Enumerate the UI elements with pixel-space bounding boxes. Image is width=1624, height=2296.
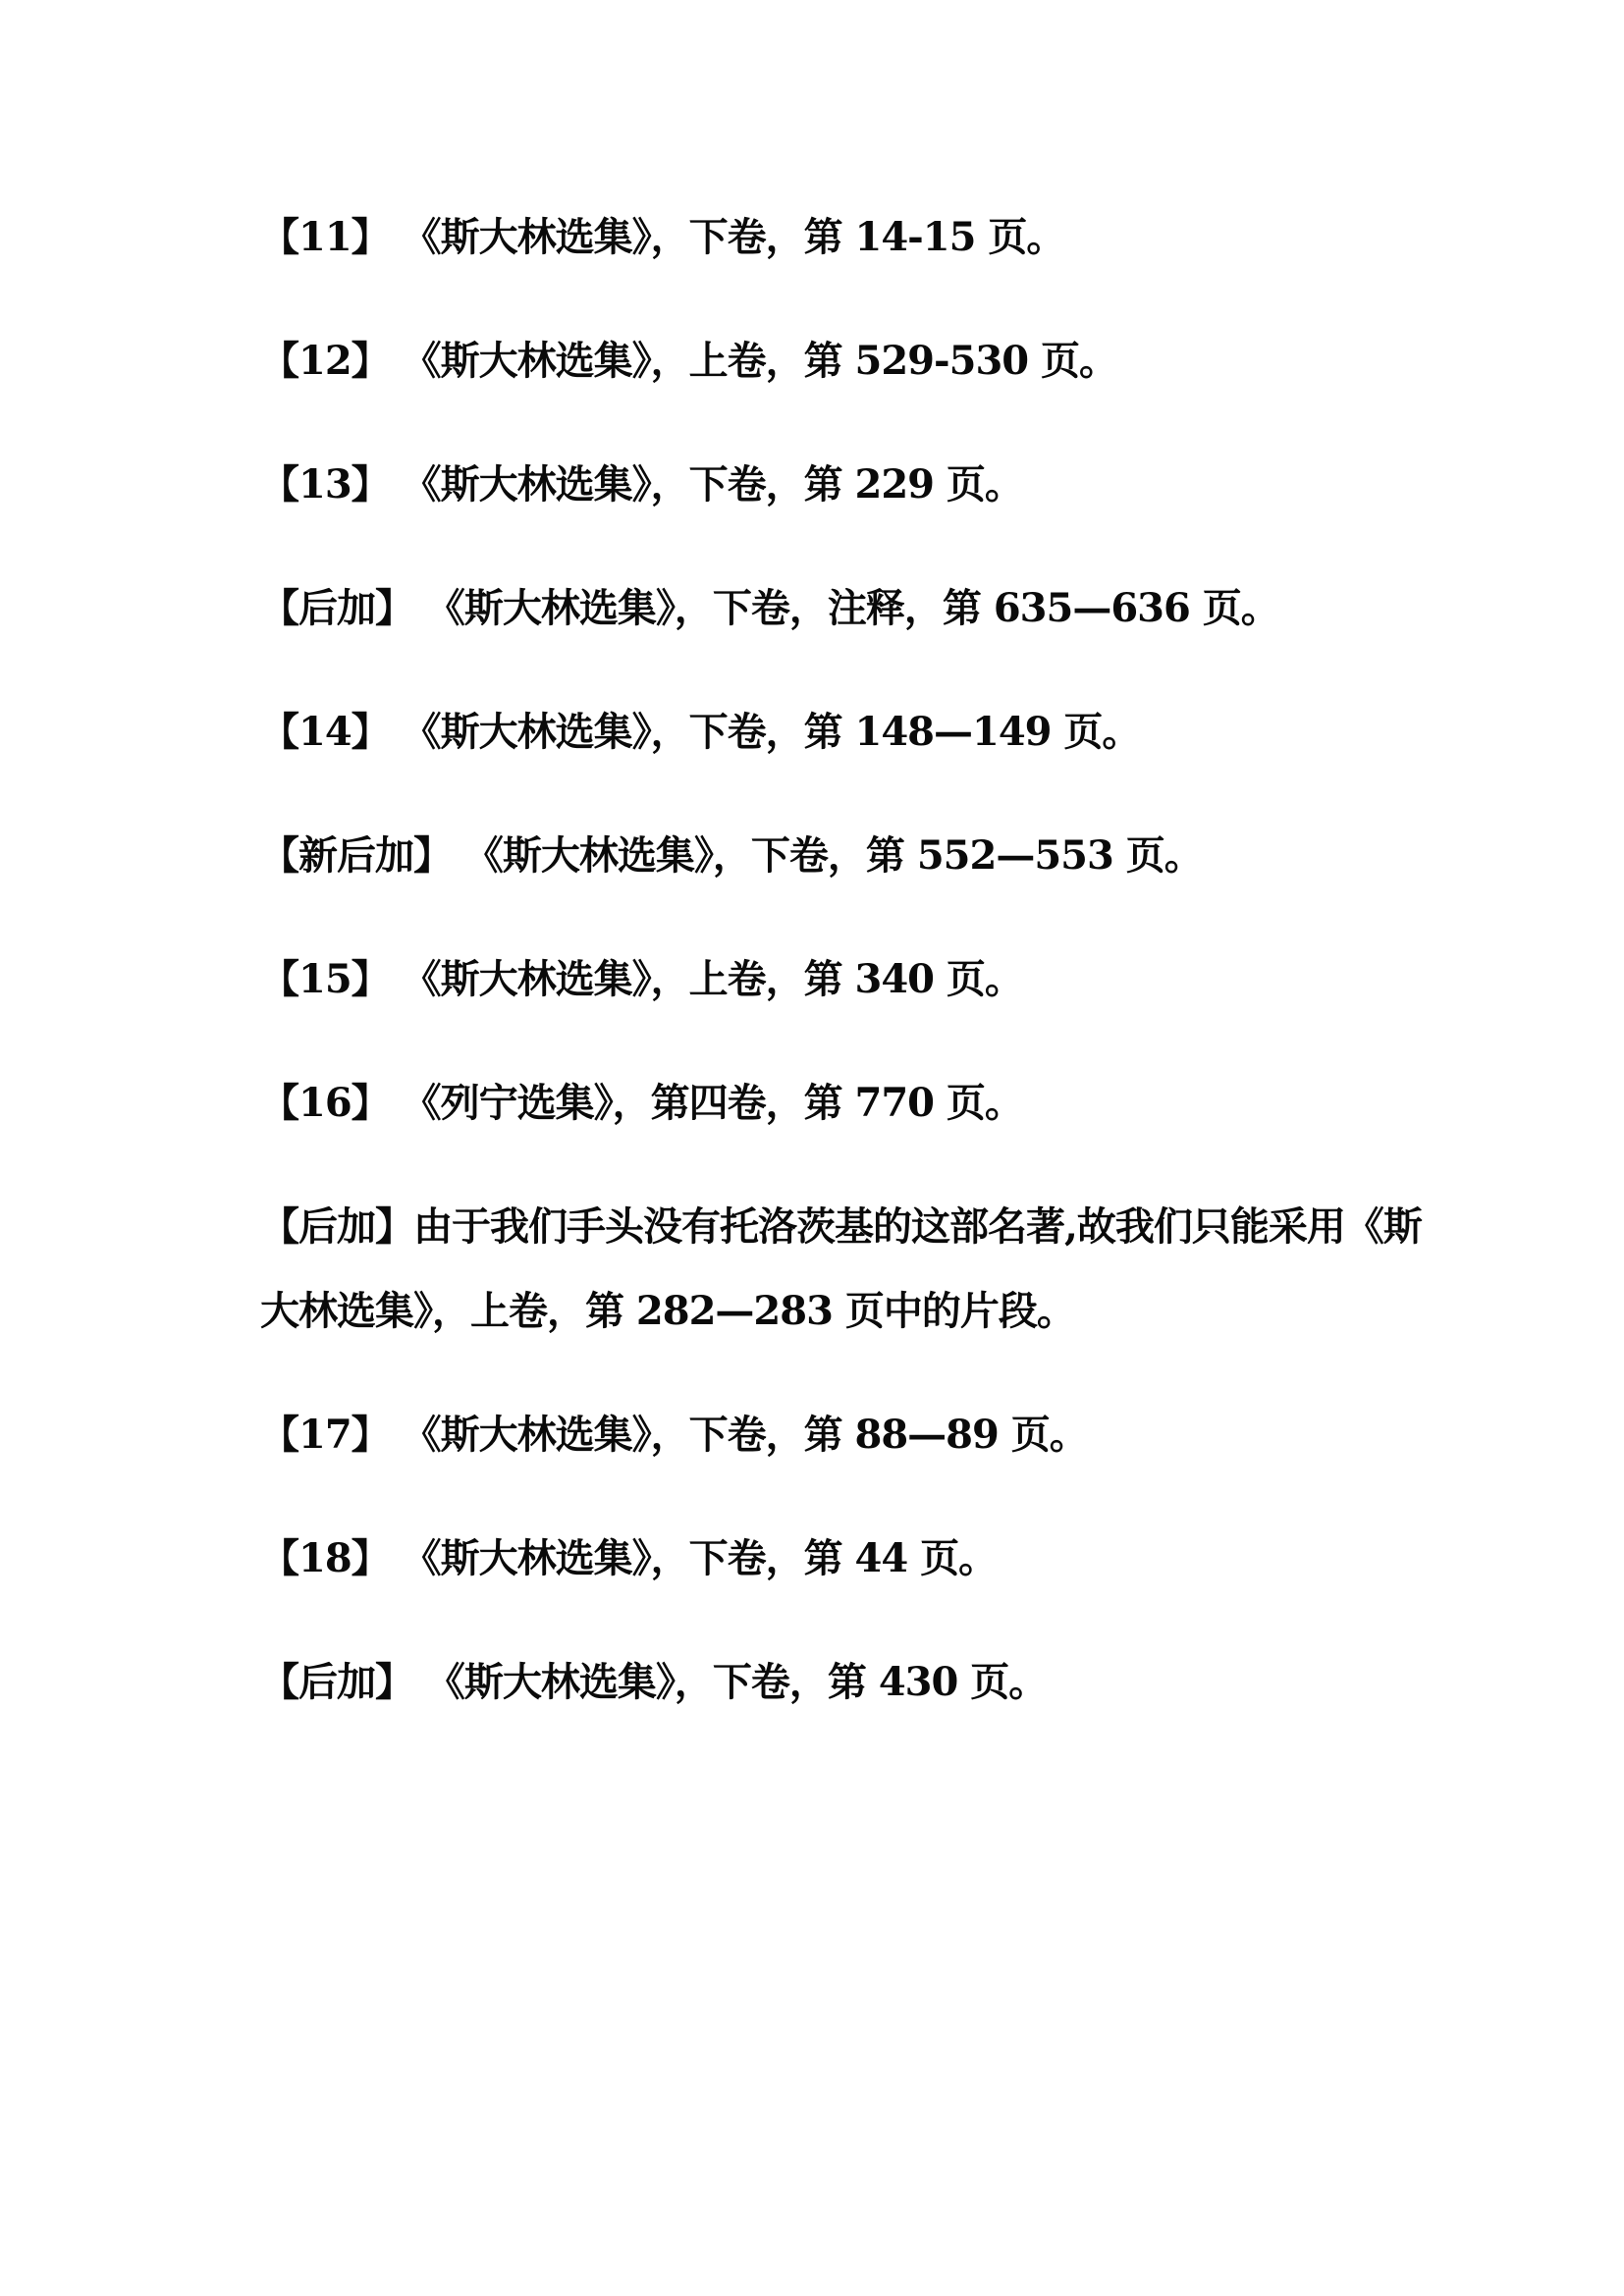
- citation-line-13: 【13】 《斯大林选集》，下卷，第 229 页。: [260, 443, 1419, 527]
- citation-line-houjia-1: 【后加】 《斯大林选集》，下卷，注释，第 635—636 页。: [260, 566, 1419, 651]
- citations-list: 【11】 《斯大林选集》，下卷，第 14-15 页。 【12】 《斯大林选集》，…: [260, 195, 1419, 1764]
- citation-line-15: 【15】 《斯大林选集》，上卷，第 340 页。: [260, 937, 1419, 1022]
- citation-line-xinhoujia: 【新后加】 《斯大林选集》，下卷，第 552—553 页。: [260, 814, 1419, 898]
- citation-line-11: 【11】 《斯大林选集》，下卷，第 14-15 页。: [260, 195, 1419, 280]
- citation-line-houjia-3: 【后加】 《斯大林选集》，下卷，第 430 页。: [260, 1640, 1419, 1725]
- citation-line-houjia-2-part2: 大林选集》，上卷，第 282—283 页中的片段。: [260, 1269, 1419, 1354]
- citation-line-17: 【17】 《斯大林选集》，下卷，第 88—89 页。: [260, 1393, 1419, 1477]
- citation-line-14: 【14】 《斯大林选集》，下卷，第 148—149 页。: [260, 690, 1419, 774]
- citation-line-houjia-2-part1: 【后加】由于我们手头没有托洛茨基的这部名著,故我们只能采用《斯: [260, 1185, 1419, 1269]
- document-page: 【11】 《斯大林选集》，下卷，第 14-15 页。 【12】 《斯大林选集》，…: [0, 0, 1624, 2296]
- citation-line-12: 【12】 《斯大林选集》，上卷，第 529-530 页。: [260, 319, 1419, 403]
- citation-line-16: 【16】 《列宁选集》，第四卷，第 770 页。: [260, 1061, 1419, 1146]
- citation-line-18: 【18】 《斯大林选集》，下卷，第 44 页。: [260, 1517, 1419, 1601]
